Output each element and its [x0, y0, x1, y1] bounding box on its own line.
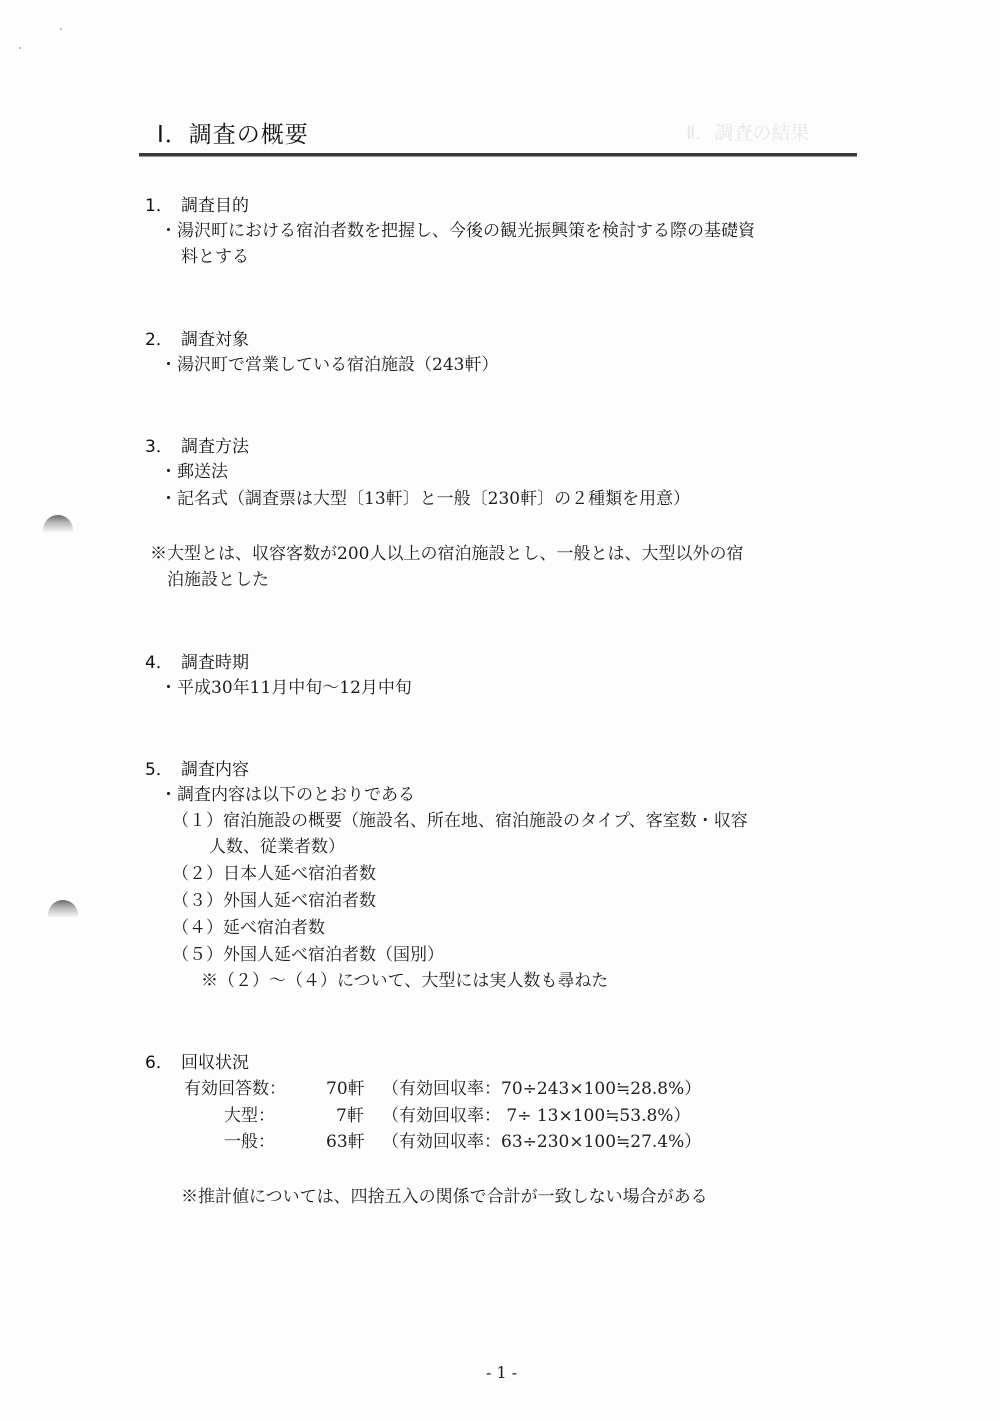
punch-hole-mark	[48, 900, 78, 917]
section-1-heading: 1．調査目的	[145, 191, 249, 216]
rounding-note: ※推計値については、四捨五入の関係で合計が一致しない場合がある	[181, 1182, 708, 1207]
section-3-heading: 3．調査方法	[145, 432, 249, 457]
section-2-text: ・湯沢町で営業している宿泊施設（243軒）	[160, 350, 498, 375]
response-count: 63軒	[326, 1127, 365, 1152]
survey-item: （１）宿泊施設の概要（施設名、所在地、宿泊施設のタイプ、客室数・収容	[172, 806, 748, 831]
section-4-heading: 4．調査時期	[145, 648, 249, 673]
section-3-note: ※大型とは、収容客数が200人以上の宿泊施設とし、一般とは、大型以外の宿	[150, 539, 743, 564]
title-rule	[139, 153, 857, 156]
survey-item: 人数、従業者数）	[209, 832, 345, 857]
survey-item: （４）延べ宿泊者数	[172, 913, 325, 938]
section-1-text: 料とする	[181, 242, 249, 267]
scan-speck	[60, 28, 62, 30]
bleed-through-text: Ⅱ．調査の結果	[686, 118, 809, 145]
section-5-text: ・調査内容は以下のとおりである	[160, 780, 415, 805]
section-5-heading: 5．調査内容	[145, 755, 249, 780]
section-6-heading: 6．回収状況	[145, 1048, 249, 1073]
response-rate: （有効回収率：63÷230×100≒27.4%）	[382, 1127, 701, 1152]
response-count: 70軒	[326, 1074, 365, 1099]
section-2-heading: 2．調査対象	[145, 325, 249, 350]
section-1-text: ・湯沢町における宿泊者数を把握し、今後の観光振興策を検討する際の基礎資	[160, 216, 755, 241]
survey-item: （２）日本人延べ宿泊者数	[172, 859, 376, 884]
section-3-text: ・記名式（調査票は大型〔13軒〕と一般〔230軒〕の２種類を用意）	[160, 484, 690, 509]
section-4-text: ・平成30年11月中旬〜12月中旬	[160, 673, 412, 698]
section-3-text: ・郵送法	[160, 457, 228, 482]
section-3-note: 泊施設とした	[167, 565, 269, 590]
survey-item: （３）外国人延べ宿泊者数	[172, 886, 376, 911]
section-5-note: ※（２）〜（４）について、大型には実人数も尋ねた	[201, 966, 608, 991]
response-rate: （有効回収率：70÷243×100≒28.8%）	[382, 1074, 701, 1099]
response-label: 有効回答数：	[184, 1074, 286, 1099]
response-count: 7軒	[336, 1101, 364, 1126]
punch-hole-mark	[43, 515, 73, 532]
page-title: Ⅰ．調査の概要	[157, 116, 309, 149]
page-number: - 1 -	[486, 1363, 517, 1382]
response-label: 大型：	[224, 1101, 275, 1126]
response-rate: （有効回収率： 7÷ 13×100≒53.8%）	[382, 1101, 690, 1126]
response-label: 一般：	[224, 1127, 275, 1152]
survey-item: （５）外国人延べ宿泊者数（国別）	[172, 940, 444, 965]
scan-speck	[19, 47, 21, 49]
